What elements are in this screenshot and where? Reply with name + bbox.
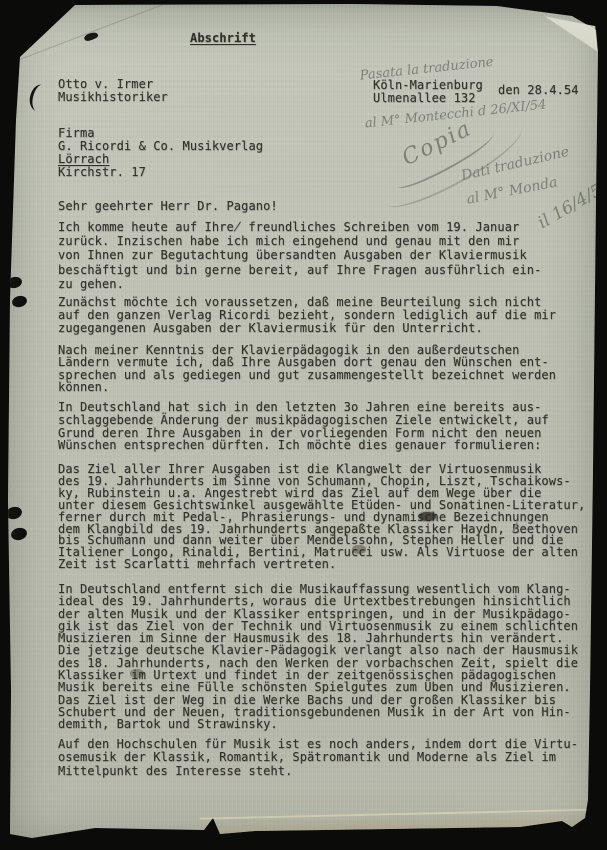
- paper-vignette: [0, 0, 607, 850]
- scan-background: Abschrift Otto v. Irmer Musikhistoriker …: [0, 0, 607, 850]
- letter-paper: Abschrift Otto v. Irmer Musikhistoriker …: [0, 0, 607, 850]
